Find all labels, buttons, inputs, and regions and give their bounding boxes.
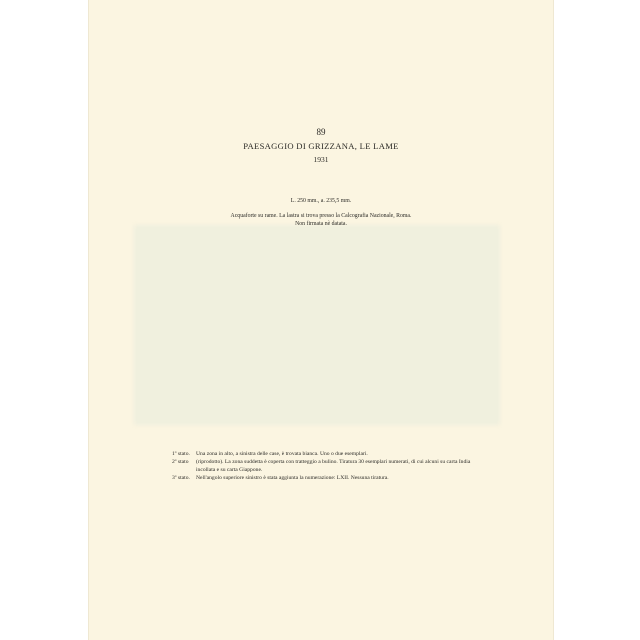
plate-number: 89: [88, 127, 554, 137]
state-label: 1º stato.: [172, 451, 196, 459]
catalogue-page: 89 PAESAGGIO DI GRIZZANA, LE LAME 1931 L…: [88, 0, 554, 640]
state-label: 3º stato.: [172, 475, 196, 483]
state-item: 3º stato. Nell'angolo superiore sinistro…: [172, 475, 472, 483]
state-item: 1º stato. Una zona in alto, a sinistra d…: [172, 451, 472, 459]
state-label: 2º stato: [172, 459, 196, 474]
plate-image-bleed-through: [134, 225, 500, 425]
states-list: 1º stato. Una zona in alto, a sinistra d…: [172, 451, 472, 483]
artwork-dimensions: L. 250 mm., a. 235,5 mm.: [88, 198, 554, 204]
technique-block: Acquaforte su rame. La lastra si trova p…: [88, 212, 554, 228]
state-description: Una zona in alto, a sinistra delle case,…: [196, 451, 472, 459]
technique-note: Acquaforte su rame. La lastra si trova p…: [88, 212, 554, 220]
artwork-title: PAESAGGIO DI GRIZZANA, LE LAME: [88, 141, 554, 151]
signature-note: Non firmata nè datata.: [88, 220, 554, 228]
artwork-year: 1931: [88, 155, 554, 164]
state-description: Nell'angolo superiore sinistro è stata a…: [196, 475, 472, 483]
state-description: (riprodotto). La zona suddetta è coperta…: [196, 459, 472, 474]
state-item: 2º stato (riprodotto). La zona suddetta …: [172, 459, 472, 474]
